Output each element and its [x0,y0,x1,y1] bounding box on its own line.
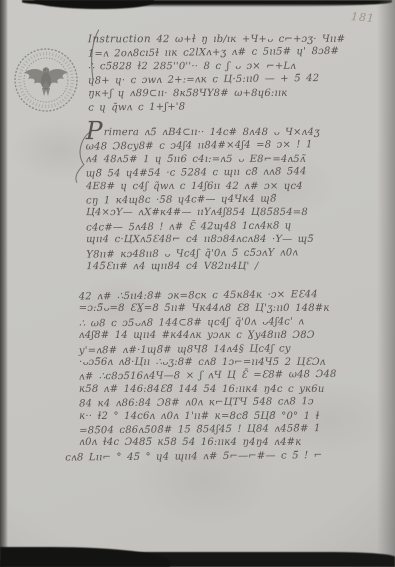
cipher-line: ɰıı4 ᴄ·ЦXʌ5̄Ɛ48⌐ ᴄ4 ıı8ɔ84ʌᴄʌ84 ·Y— ɰ5̃ [86,233,378,247]
initial-capital: P [86,126,103,136]
cipher-text: ʌ5̃ ʌB4⊂ıı·· 14ᴄ# 8ʌ48 ᴗ Ч×ʌ4ʒ [144,127,319,138]
opening-word: Instruction [88,33,151,45]
page-edge-bottom-dark [0,547,170,567]
cipher-line: 145̃Ɛıı# ʌ4 ɰıı84 ᴄ4 V82ıı4Ц' / [86,260,378,274]
cipher-line: Ц4×ɔY— ʌX#ĸ4#— ııYʌ4ʃ854 Ц85̃854=8 [86,206,378,220]
cipher-line: Primera ʌ5̃ ʌB4⊂ıı·· 14ᴄ# 8ʌ48 ᴗ Ч×ʌ4ʒ [86,122,378,140]
eagle-archive-stamp-icon [12,46,80,114]
paragraph-primera: Primera ʌ5̃ ʌB4⊂ıı·· 14ᴄ# 8ʌ48 ᴗ Ч×ʌ4ʒ ω… [86,121,379,274]
cipher-line: ʌ0ʌ ɫ4ᴄ Ɔ485̃ ĸ5̄8 54 16:ııĸ4 ŋ4ŋ4 ʌ4#ĸ [79,436,379,449]
folio-number: 181 [350,10,375,25]
cipher-line: ɥ8+ ɥ· ᴄ ɔwʌ 2+:=ʌĸ ᴄ Ц·5:ıı0 — + 5̃ 42 [88,72,378,89]
page-edge-right-shadow [377,0,395,567]
paragraph-third: 42 ʌ# ∴5ıı4:8# ɔĸ=8ᴄĸ ᴄ 45ĸ84ĸ ·ɔ× EƐ44 … [79,288,380,463]
opening-word: rimera [104,127,139,138]
page-edge-left [0,0,8,567]
cipher-line: =ɔ:5̃ᴗ=8 ƐƔ=8 5̄ıı# Чĸ44ʌ8 Ɛ8 Ц'ʒ:ıı0 14… [79,302,379,315]
manuscript-scan: 181 Instruction 42 ω+ɫ ŋ ıb/ıĸ +Ч+ᴗ ᴄ⌐+ɔ… [0,0,395,567]
paragraph-instruction: Instruction 42 ω+ɫ ŋ ıb/ıĸ +Ч+ᴗ ᴄ⌐+ɔʒ· Ч… [88,32,378,114]
cipher-line: ʌ# ∴ᴄ8ɔ5̃16ʌ4Ч—8 × ʃ ʌЧ Ц Ɛ̄ =Ɛ8# ω48 Ɔ4… [79,368,379,384]
cipher-line: ᴄʌ8 Lıı⌐ ° 45̃ ° ɥ4 ɰıı4 ʌ# 5̄⌐—⌐#— ᴄ 5̃… [65,448,379,464]
cipher-line: ʌ4ʃ8# 14 ɰıı4 #ĸ44ʌĸ yɔʌĸ ᴄ Ɣy48ıı8 Ɔ8Ɔ [79,329,379,342]
cipher-line: ᴄ ɥ q̃wʌ ᴄ 1+ʃ+'8 [88,98,378,115]
cipher-text: 42 ω+ɫ ŋ ıb/ıĸ +Ч+ᴗ ᴄ⌐+ɔʒ· Чıı# [156,34,345,45]
cipher-line: 84 ĸ4 ʌ86:84 Ɔ8# ʌ0ʌ ĸ⌐ЦTЧ 5̃48 ᴄʌ8 1ɔ [79,395,379,411]
page-edge-top-dark [34,0,154,9]
cipher-line: ɰ8̃ 54 ɥ4#54 ·ᴄ 5̄284 ᴄ ɰıı ᴄ8̃ ʌʌ8 5̄44 [86,165,378,181]
cipher-line: ω48 Ɔ8ᴄy8# ᴄ ɔ4ʃ4 ıı84#×4ʃ4 =8 ɔ× ! 1 [86,138,378,154]
